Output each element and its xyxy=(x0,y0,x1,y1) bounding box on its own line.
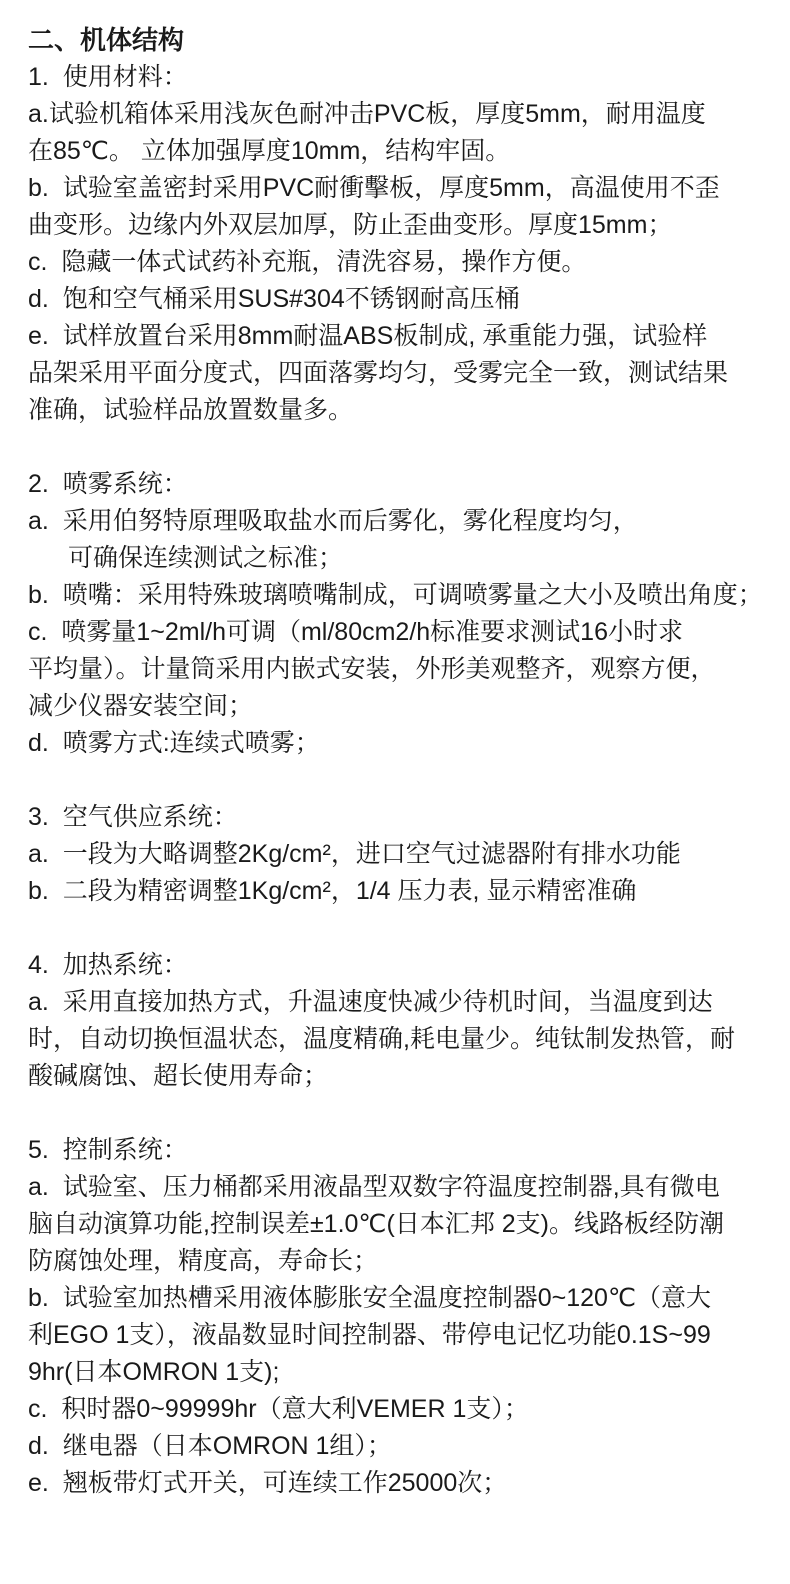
section-spacer xyxy=(28,762,782,799)
text-line: d. 饱和空气桶采用SUS#304不锈钢耐高压桶 xyxy=(28,281,782,318)
text-line: c. 积时器0~99999hr（意大利VEMER 1支）； xyxy=(28,1391,782,1428)
section-spray-system: 2. 喷雾系统： a. 采用伯努特原理吸取盐水而后雾化，雾化程度均匀， 可确保连… xyxy=(28,466,782,762)
text-line: a. 一段为大略调整2Kg/cm²，进口空气过滤器附有排水功能 xyxy=(28,836,782,873)
document-page: 二、机体结构 1. 使用材料： a.试验机箱体采用浅灰色耐冲击PVC板，厚度5m… xyxy=(0,0,790,1584)
text-line: d. 喷雾方式:连续式喷雾； xyxy=(28,725,782,762)
text-line: b. 喷嘴：采用特殊玻璃喷嘴制成，可调喷雾量之大小及喷出角度； xyxy=(28,577,782,614)
text-line: 利EGO 1支），液晶数显时间控制器、带停电记忆功能0.1S~99 xyxy=(28,1317,782,1354)
text-line: d. 继电器（日本OMRON 1组）； xyxy=(28,1428,782,1465)
text-line: 可确保连续测试之标准； xyxy=(28,540,782,577)
section-materials: 1. 使用材料： a.试验机箱体采用浅灰色耐冲击PVC板，厚度5mm，耐用温度 … xyxy=(28,59,782,429)
text-line: a. 试验室、压力桶都采用液晶型双数字符温度控制器,具有微电 xyxy=(28,1169,782,1206)
text-line: 平均量）。计量筒采用内嵌式安装，外形美观整齐，观察方便， xyxy=(28,651,782,688)
text-line: 准确，试验样品放置数量多。 xyxy=(28,392,782,429)
text-line: 9hr(日本OMRON 1支); xyxy=(28,1354,782,1391)
page-title: 二、机体结构 xyxy=(28,22,782,59)
text-line: 在85℃。 立体加强厚度10mm，结构牢固。 xyxy=(28,133,782,170)
section-heading: 3. 空气供应系统： xyxy=(28,799,782,836)
text-line: a. 采用直接加热方式，升温速度快减少待机时间，当温度到达 xyxy=(28,984,782,1021)
text-line: 曲变形。边缘内外双层加厚，防止歪曲变形。厚度15mm； xyxy=(28,207,782,244)
text-line: 品架采用平面分度式，四面落雾均匀，受雾完全一致，测试结果 xyxy=(28,355,782,392)
section-spacer xyxy=(28,1095,782,1132)
section-spacer xyxy=(28,429,782,466)
section-heating-system: 4. 加热系统： a. 采用直接加热方式，升温速度快减少待机时间，当温度到达 时… xyxy=(28,947,782,1095)
section-spacer xyxy=(28,910,782,947)
section-heading: 2. 喷雾系统： xyxy=(28,466,782,503)
text-line: e. 试样放置台采用8mm耐温ABS板制成, 承重能力强，试验样 xyxy=(28,318,782,355)
section-air-supply-system: 3. 空气供应系统： a. 一段为大略调整2Kg/cm²，进口空气过滤器附有排水… xyxy=(28,799,782,910)
text-line: e. 翘板带灯式开关，可连续工作25000次； xyxy=(28,1465,782,1502)
text-line: a. 采用伯努特原理吸取盐水而后雾化，雾化程度均匀， xyxy=(28,503,782,540)
text-line: 减少仪器安装空间； xyxy=(28,688,782,725)
text-line: 防腐蚀处理，精度高，寿命长； xyxy=(28,1243,782,1280)
section-heading: 4. 加热系统： xyxy=(28,947,782,984)
section-heading: 5. 控制系统： xyxy=(28,1132,782,1169)
text-line: c. 隐藏一体式试药补充瓶，清洗容易，操作方便。 xyxy=(28,244,782,281)
section-heading: 1. 使用材料： xyxy=(28,59,782,96)
section-control-system: 5. 控制系统： a. 试验室、压力桶都采用液晶型双数字符温度控制器,具有微电 … xyxy=(28,1132,782,1502)
text-line: b. 试验室加热槽采用液体膨胀安全温度控制器0~120℃（意大 xyxy=(28,1280,782,1317)
text-line: c. 喷雾量1~2ml/h可调（ml/80cm2/h标准要求测试16小时求 xyxy=(28,614,782,651)
text-line: b. 二段为精密调整1Kg/cm²，1/4 压力表, 显示精密准确 xyxy=(28,873,782,910)
text-line: b. 试验室盖密封采用PVC耐衝擊板，厚度5mm，高温使用不歪 xyxy=(28,170,782,207)
text-line: 时，自动切换恒温状态，温度精确,耗电量少。纯钛制发热管，耐 xyxy=(28,1021,782,1058)
text-line: 脑自动演算功能,控制误差±1.0℃(日本汇邦 2支)。线路板经防潮 xyxy=(28,1206,782,1243)
text-line: a.试验机箱体采用浅灰色耐冲击PVC板，厚度5mm，耐用温度 xyxy=(28,96,782,133)
text-line: 酸碱腐蚀、超长使用寿命； xyxy=(28,1058,782,1095)
